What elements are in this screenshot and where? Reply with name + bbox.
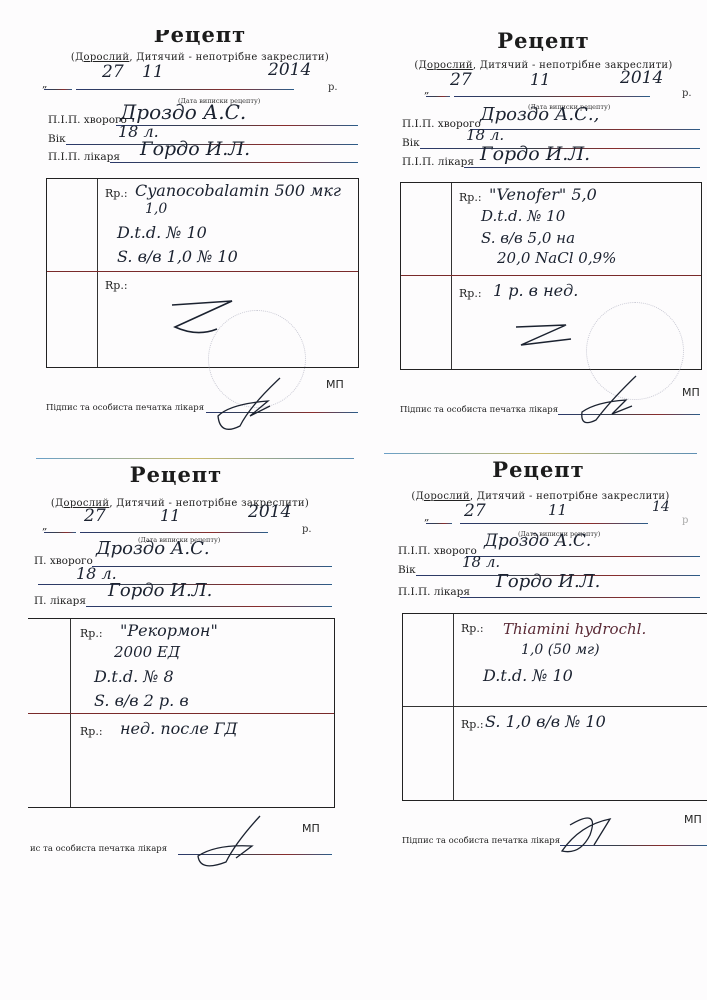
patient-line <box>92 566 332 567</box>
patient-line <box>470 129 700 130</box>
doctor-line <box>464 167 700 168</box>
rp1-line-4: S. в/в 2 р. в <box>94 691 189 710</box>
rp1-line-1: "Venofer" 5,0 <box>489 185 597 204</box>
rp1-label: Rp.: <box>105 187 128 200</box>
date-day: 27 <box>464 501 486 521</box>
rp1-label: Rp.: <box>459 191 482 204</box>
doctor-line <box>110 162 358 163</box>
date-line <box>76 89 294 90</box>
rp1-line-3: D.t.d. № 10 <box>117 223 207 242</box>
patient-name-value: Дроздо А.С. <box>120 100 246 124</box>
date-year: 14 <box>652 499 670 515</box>
prescription-form-4: Рецепт (Дорослий, Дитячий - непотрібне з… <box>380 445 707 865</box>
age-label: Вік <box>398 564 416 576</box>
date-suffix: р <box>682 515 688 526</box>
signature-label: ис та особиста печатка лікаря <box>30 844 167 854</box>
stamp-label: МП <box>302 822 320 835</box>
rp1-line-2: 1,0 (50 мг) <box>521 642 600 658</box>
form-title: Рецепт <box>380 457 697 482</box>
date-day-line <box>426 96 450 97</box>
form-title: Рецепт <box>380 28 707 53</box>
date-line <box>454 96 650 97</box>
form-title: Рецепт <box>30 22 370 47</box>
doctor-name-value: Гордо И.Л. <box>496 571 600 592</box>
date-month: 11 <box>548 501 567 519</box>
signature-icon <box>550 805 640 865</box>
date-day: 27 <box>450 70 472 90</box>
rp2-line-1: нед. после ГД <box>120 719 238 738</box>
stamp-label: МП <box>326 378 344 391</box>
prescription-form-2: Рецепт (Дорослий, Дитячий - непотрібне з… <box>380 0 707 440</box>
date-day-line <box>44 532 76 533</box>
rp1-line-1: "Рекормон" <box>120 621 218 640</box>
date-day-line <box>44 89 72 90</box>
rp1-line-2: 1,0 <box>145 201 167 217</box>
adult-option: Дорослий <box>416 491 470 502</box>
date-month: 11 <box>142 62 164 82</box>
doctor-name-value: Гордо И.Л. <box>480 143 590 165</box>
quote-mark: „ <box>424 84 429 96</box>
rp1-line-3: S. в/в 5,0 на <box>481 229 575 247</box>
age-value: 18 л. <box>466 126 504 144</box>
rp1-line-4: S. в/в 1,0 № 10 <box>117 247 238 266</box>
form-subtitle: (Дорослий, Дитячий - непотрібне закресли… <box>30 52 370 63</box>
stamp-label: МП <box>684 813 702 826</box>
signature-label: Підпис та особиста печатка лікаря <box>400 405 558 415</box>
doctor-line <box>86 606 332 607</box>
date-suffix: р. <box>302 524 312 535</box>
rp2-line-1: S. 1,0 в/в № 10 <box>485 712 606 731</box>
date-year: 2014 <box>268 60 311 80</box>
rp1-label: Rp.: <box>80 627 103 640</box>
date-year: 2014 <box>248 502 291 522</box>
rp1-line-2: D.t.d. № 10 <box>481 207 565 225</box>
rp1-line-2: 2000 ЕД <box>114 643 180 661</box>
date-line <box>80 532 268 533</box>
date-day: 27 <box>84 506 106 526</box>
rp1-line-4: 20,0 NaCl 0,9% <box>497 249 616 267</box>
age-label: Вік <box>402 137 420 149</box>
age-value: 18 л. <box>462 553 500 571</box>
quote-mark: „ <box>42 520 47 532</box>
signature-icon <box>576 372 656 432</box>
date-day: 27 <box>102 62 124 82</box>
quote-mark: „ <box>424 511 429 523</box>
stamp-label: МП <box>682 386 700 399</box>
date-suffix: р. <box>682 88 692 99</box>
rp2-label: Rp.: <box>459 287 482 300</box>
date-month: 11 <box>530 70 550 89</box>
separator-line <box>36 458 354 459</box>
prescription-form-3: Рецепт (Дорослий, Дитячий - непотрібне з… <box>30 450 370 870</box>
prescription-box: Rp.: "Рекормон" 2000 ЕД D.t.d. № 8 S. в/… <box>28 618 335 808</box>
rp1-line-1: Thiamini hydrochl. <box>503 620 646 638</box>
patient-line <box>466 556 700 557</box>
rp2-label: Rp.: <box>461 718 484 731</box>
patient-name-value: Дроздо А.С., <box>480 104 599 125</box>
patient-name-value: Дроздо А.С. <box>484 531 591 551</box>
doctor-line <box>460 597 700 598</box>
form-title: Рецепт <box>30 462 322 487</box>
rp2-line-1: 1 р. в нед. <box>493 281 578 300</box>
doctor-name-value: Гордо И.Л. <box>140 138 250 160</box>
age-label: Вік <box>48 133 66 145</box>
rp1-label: Rp.: <box>461 622 484 635</box>
rp1-line-1: Cyanocobalamin 500 мкг <box>135 181 341 200</box>
rp2-label: Rp.: <box>105 279 128 292</box>
separator-line <box>384 453 697 454</box>
signature-label: Підпис та особиста печатка лікаря <box>402 836 560 846</box>
rp1-line-3: D.t.d. № 8 <box>94 667 174 686</box>
doctor-name-value: Гордо И.Л. <box>108 580 212 601</box>
signature-icon <box>192 812 282 872</box>
signature-icon <box>210 376 300 436</box>
patient-name-value: Дроздо А.С. <box>96 538 210 559</box>
rp2-label: Rp.: <box>80 725 103 738</box>
prescription-box: Rp.: Thiamini hydrochl. 1,0 (50 мг) D.t.… <box>402 613 707 801</box>
date-line <box>460 523 648 524</box>
z-mark-icon <box>511 319 591 349</box>
date-year: 2014 <box>620 68 663 88</box>
prescription-box: Rp.: Cyanocobalamin 500 мкг 1,0 D.t.d. №… <box>46 178 359 368</box>
date-day-line <box>426 523 452 524</box>
doctor-label: П. лікаря <box>34 595 86 607</box>
prescription-form-1: Рецепт (Дорослий, Дитячий - непотрібне з… <box>30 0 370 440</box>
signature-label: Підпис та особиста печатка лікаря <box>46 403 204 413</box>
date-suffix: р. <box>328 82 338 93</box>
rp1-line-3: D.t.d. № 10 <box>483 666 573 685</box>
date-month: 11 <box>160 506 180 525</box>
